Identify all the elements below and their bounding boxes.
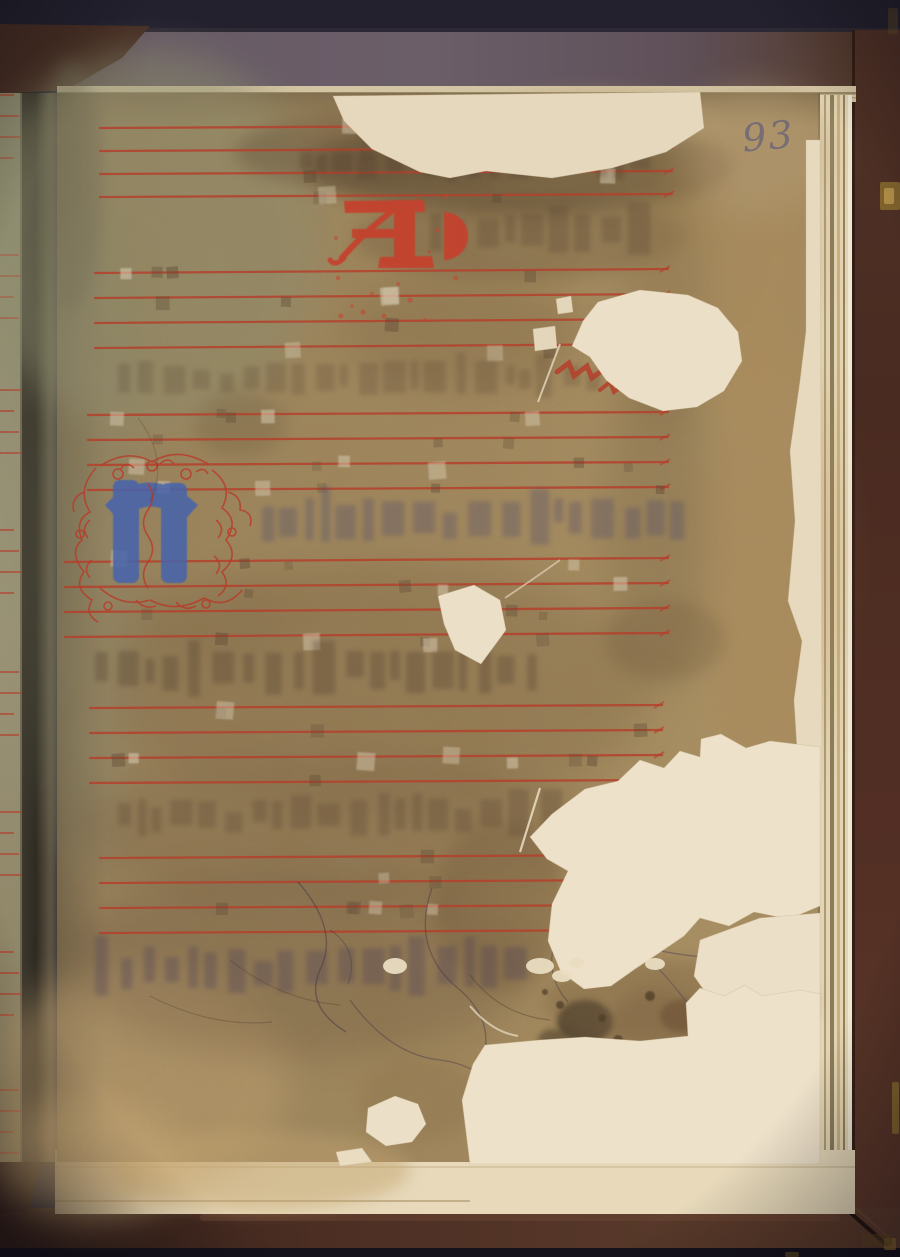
manuscript-scene: 93: [0, 0, 900, 1257]
photo-vignette: [0, 0, 900, 1257]
manuscript-photograph: 93: [0, 0, 900, 1257]
